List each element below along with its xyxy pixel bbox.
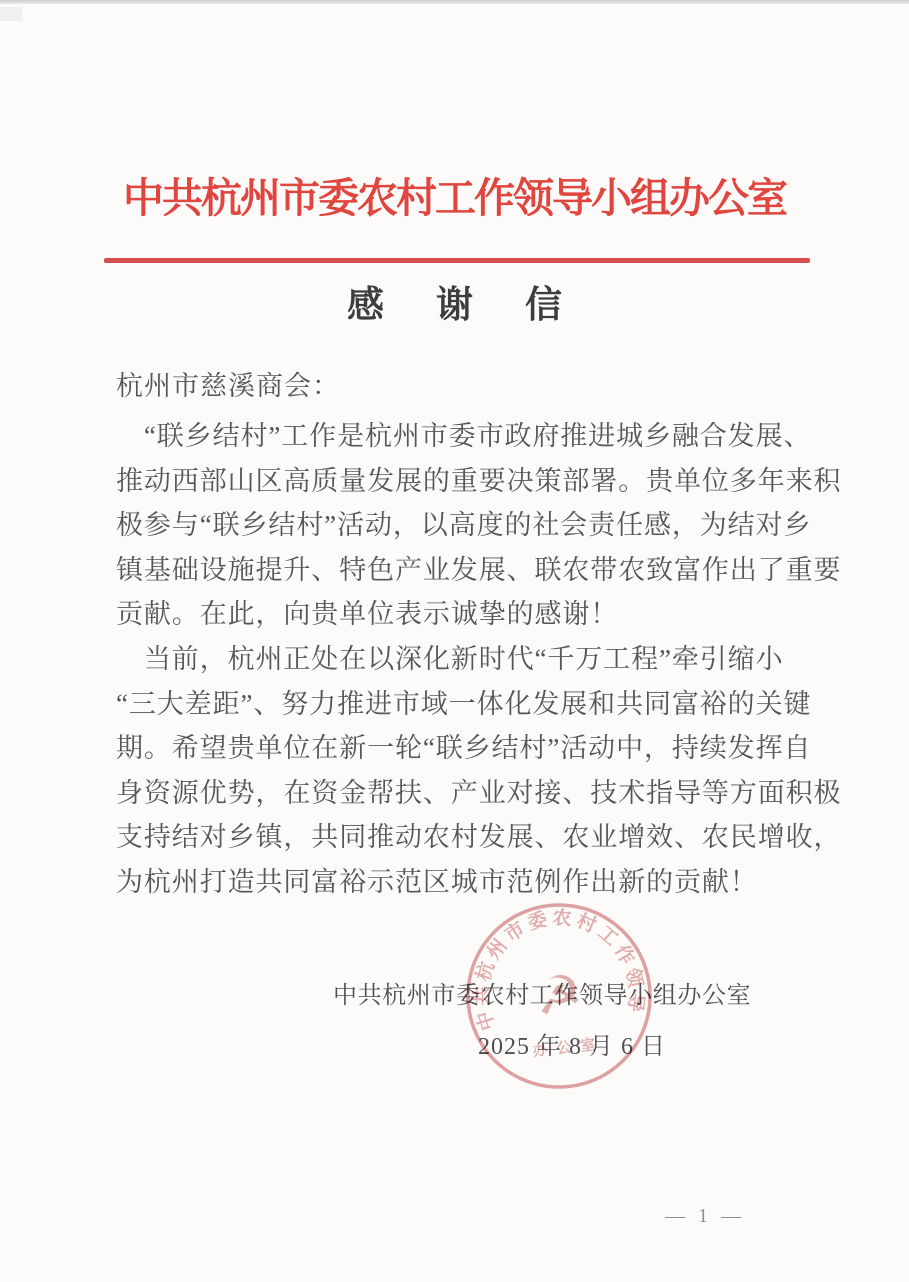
paragraph-1: “联乡结村”工作是杭州市委市政府推进城乡融合发展、推动西部山区高质量发展的重要决… bbox=[116, 414, 826, 637]
body-line: 支持结对乡镇，共同推动农村发展、农业增效、农民增收， bbox=[116, 815, 826, 860]
body-line: 贡献。在此，向贵单位表示诚挚的感谢！ bbox=[116, 592, 826, 637]
scanned-letter-page: 中共杭州市委农村工作领导小组办公室 感谢信 杭州市慈溪商会： “联乡结村”工作是… bbox=[0, 0, 909, 1282]
document-title: 感谢信 bbox=[0, 282, 909, 330]
paragraph-2: 当前，杭州正处在以深化新时代“千万工程”牵引缩小“三大差距”、努力推进市域一体化… bbox=[116, 637, 826, 905]
letterhead-rule bbox=[104, 258, 810, 263]
letterhead-org-name: 中共杭州市委农村工作领导小组办公室 bbox=[0, 170, 909, 226]
scan-artifact bbox=[0, 7, 22, 21]
body-line: 身资源优势，在资金帮扶、产业对接、技术指导等方面积极 bbox=[116, 771, 826, 816]
body-line: “三大差距”、努力推进市域一体化发展和共同富裕的关键 bbox=[116, 682, 826, 727]
svg-text:中共杭州市委农村工作领导小组: 中共杭州市委农村工作领导小组 bbox=[450, 887, 651, 1037]
body-line: 极参与“联乡结村”活动，以高度的社会责任感，为结对乡 bbox=[116, 503, 826, 548]
body-line: 期。希望贵单位在新一轮“联乡结村”活动中，持续发挥自 bbox=[116, 726, 826, 771]
body-line: 当前，杭州正处在以深化新时代“千万工程”牵引缩小 bbox=[116, 637, 826, 682]
body-line: “联乡结村”工作是杭州市委市政府推进城乡融合发展、 bbox=[116, 414, 826, 459]
salutation: 杭州市慈溪商会： bbox=[116, 368, 340, 404]
signature-date: 2025 年 8 月 6 日 bbox=[478, 1031, 666, 1063]
signature-org-name: 中共杭州市委农村工作领导小组办公室 bbox=[333, 980, 751, 1012]
body-line: 推动西部山区高质量发展的重要决策部署。贵单位多年来积 bbox=[116, 459, 826, 504]
letter-body: “联乡结村”工作是杭州市委市政府推进城乡融合发展、推动西部山区高质量发展的重要决… bbox=[116, 414, 826, 905]
body-line: 镇基础设施提升、特色产业发展、联农带农致富作出了重要 bbox=[116, 548, 826, 593]
scan-edge bbox=[0, 0, 909, 4]
body-line: 为杭州打造共同富裕示范区城市范例作出新的贡献！ bbox=[116, 860, 826, 905]
page-number: — 1 — bbox=[665, 1205, 745, 1228]
seal-ring-text: 中共杭州市委农村工作领导小组 bbox=[450, 887, 651, 1037]
